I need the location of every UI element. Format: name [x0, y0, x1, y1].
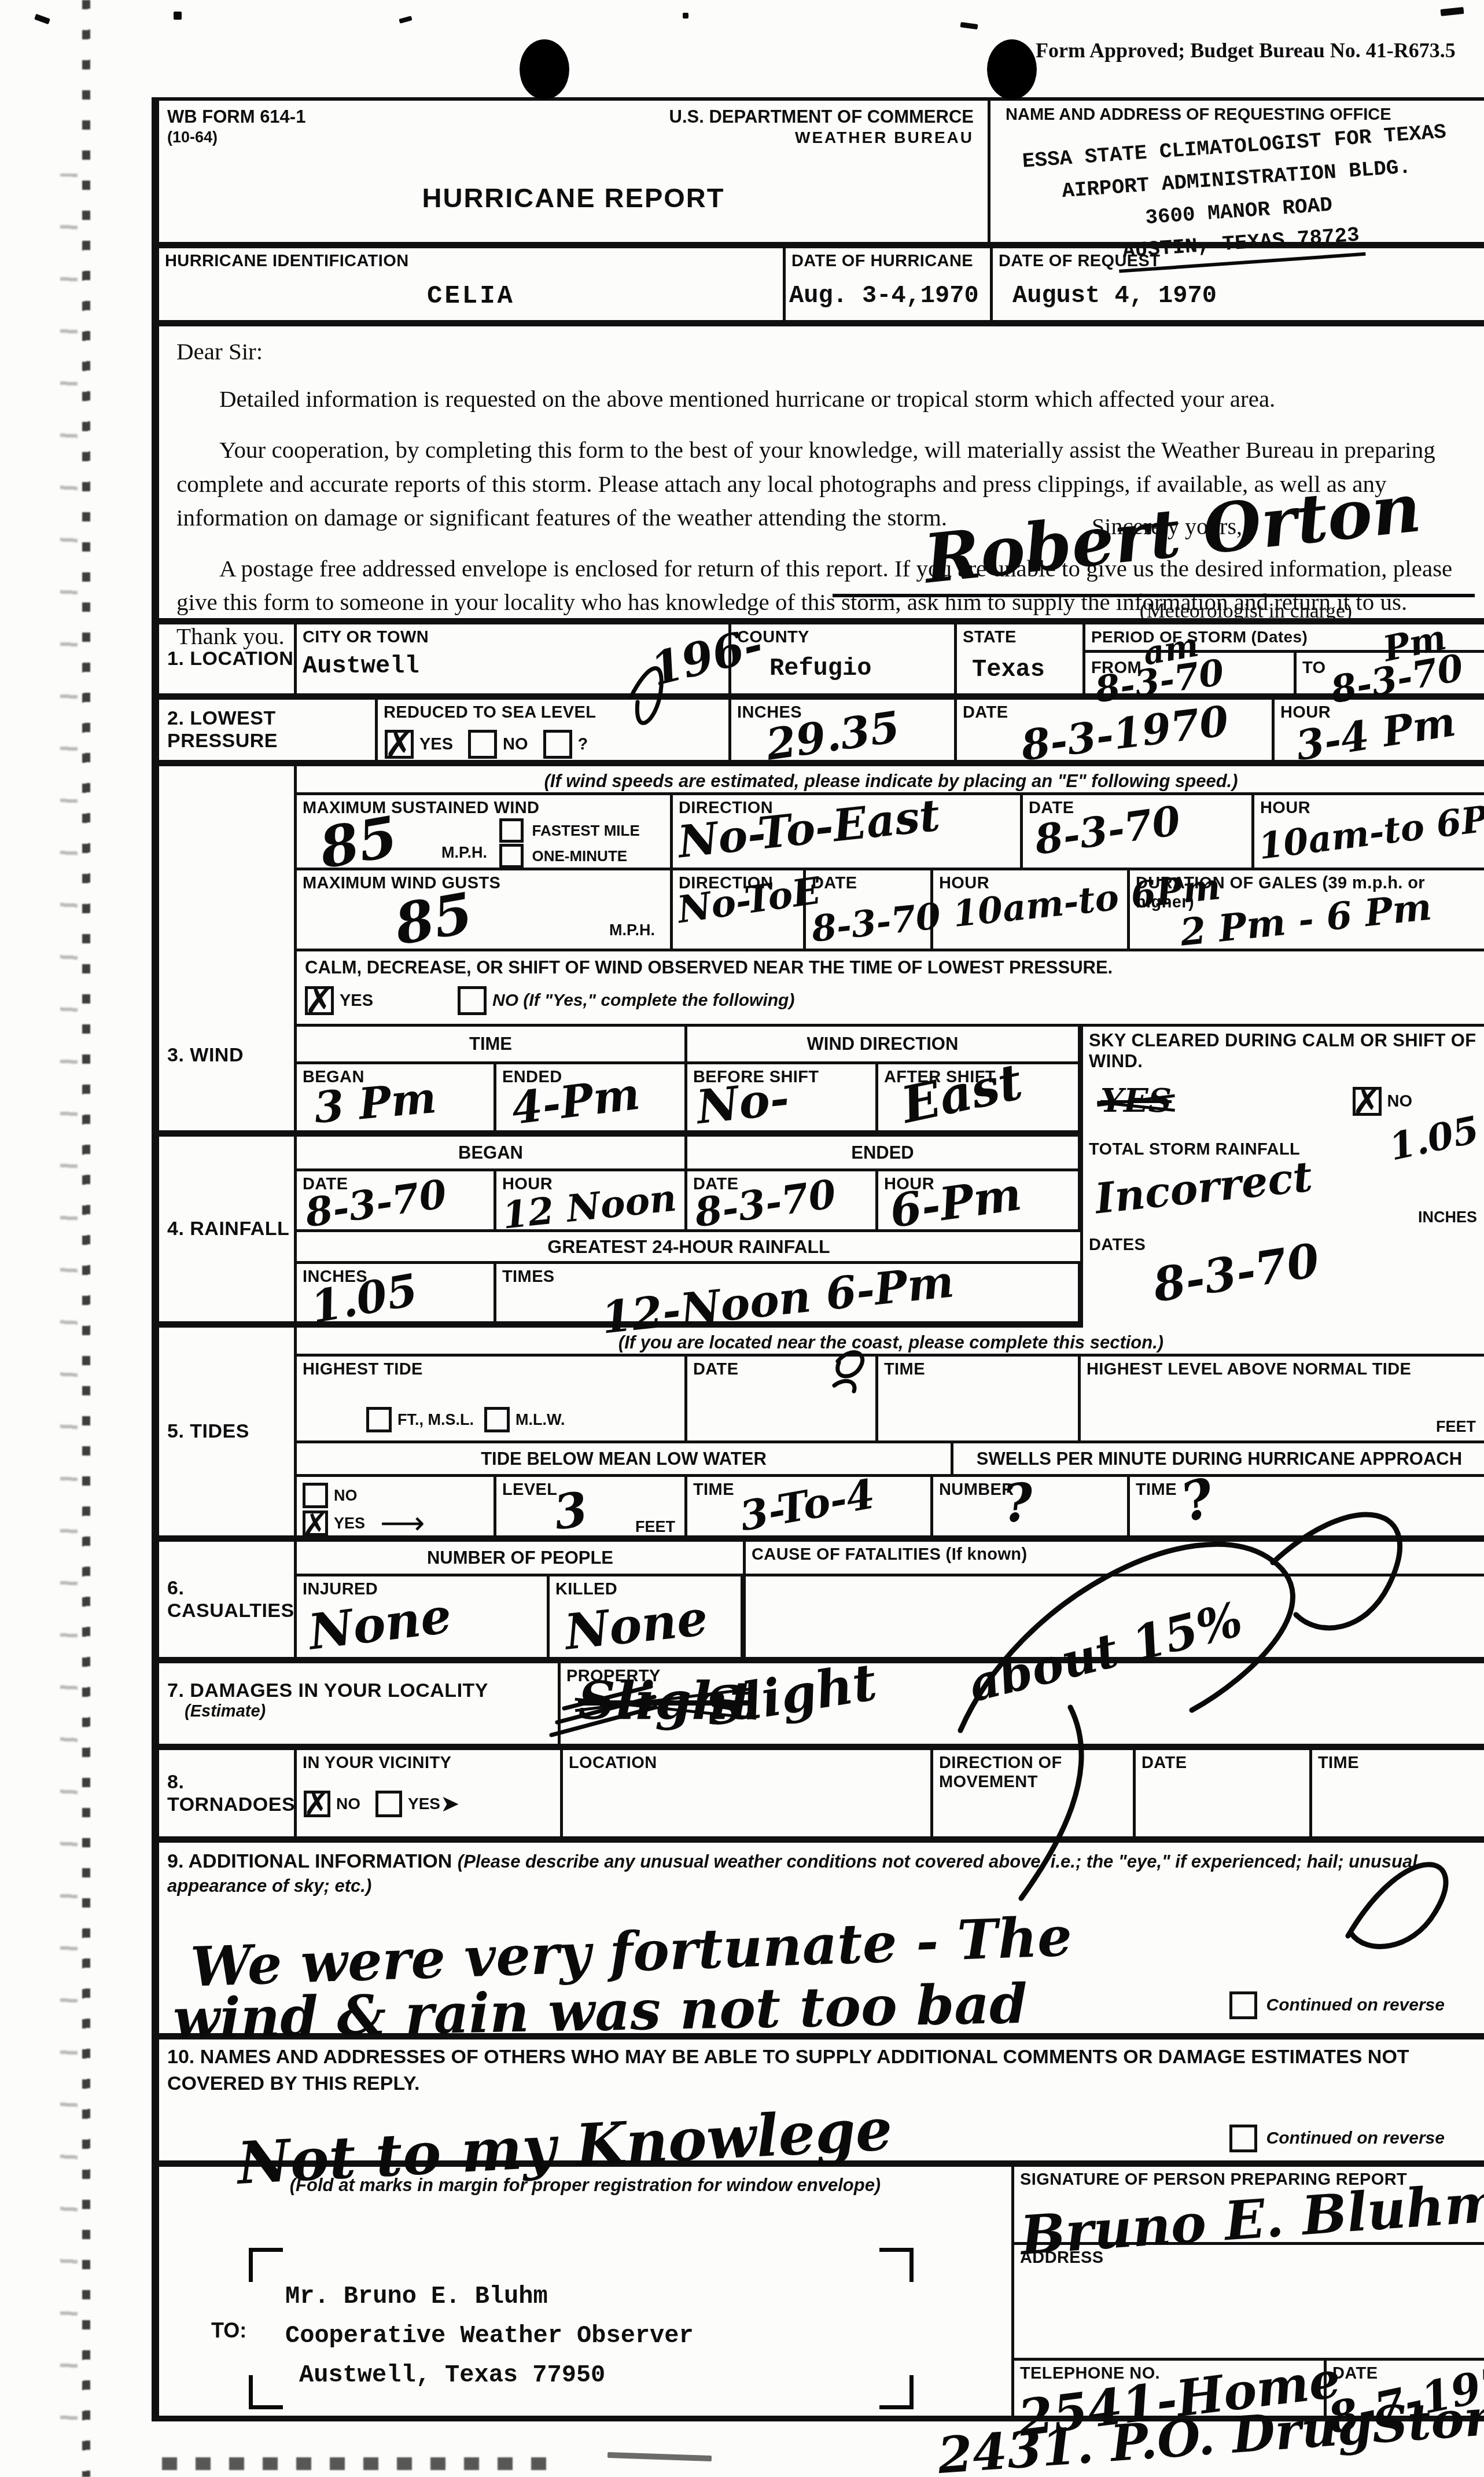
- pressure-inches-cell: INCHES 29.35: [731, 700, 957, 760]
- swells-time-value: ?: [1176, 1471, 1220, 1530]
- max-gusts-cell: MAXIMUM WIND GUSTS 85 M.P.H.: [297, 870, 673, 949]
- continued-checkbox: [1229, 2125, 1257, 2152]
- no-label: NO: [334, 1487, 358, 1505]
- tide-below-label: TIDE BELOW MEAN LOW WATER: [481, 1449, 767, 1469]
- fastest-mile-checkbox: [499, 818, 524, 843]
- cause-label: CAUSE OF FATALITIES (If known): [752, 1545, 1028, 1564]
- shift-ended-value: 4-Pm: [509, 1072, 642, 1131]
- wind-direction-header-cell: WIND DIRECTION: [687, 1027, 1081, 1061]
- hurricane-id-label: HURRICANE IDENTIFICATION: [165, 252, 409, 271]
- date-label: DATE: [1141, 1754, 1187, 1773]
- date-of-hurricane-label: DATE OF HURRICANE: [791, 252, 973, 271]
- rainfall-section-label-cell: 4. RAINFALL: [159, 1137, 297, 1321]
- continued-label: Continued on reverse: [1266, 1995, 1445, 2015]
- wind-grid: (If wind speeds are estimated, please in…: [297, 766, 1484, 1130]
- tide-below-yesno-cell: NO ✗ YES ⟶: [297, 1477, 496, 1542]
- time-label: TIME: [1318, 1754, 1359, 1773]
- people-header: NUMBER OF PEOPLE: [297, 1548, 743, 1568]
- pressure-date-value: 8-3-1970: [1019, 700, 1231, 766]
- wind-section-label: 3. WIND: [167, 1044, 244, 1067]
- date-label: DATE: [812, 874, 857, 893]
- mph-label: M.P.H.: [609, 921, 655, 939]
- tornado-location-cell: LOCATION: [563, 1750, 933, 1836]
- yes-checkbox: ✗: [385, 730, 414, 759]
- total-storm-rainfall-cell: TOTAL STORM RAINFALL Incorrect 1.05 INCH…: [1080, 1137, 1484, 1232]
- additional-info-cell: 9. ADDITIONAL INFORMATION (Please descri…: [159, 1843, 1484, 2033]
- swells-label: SWELLS PER MINUTE DURING HURRICANE APPRO…: [977, 1449, 1462, 1469]
- mailing-address: Mr. Bruno E. Bluhm Cooperative Weather O…: [285, 2277, 694, 2395]
- yes-checkbox: [375, 1791, 402, 1817]
- rain-ended-hour-cell: HOUR 6-Pm: [878, 1171, 1081, 1229]
- department-name: U.S. DEPARTMENT OF COMMERCE: [669, 106, 974, 127]
- pressure-hour-cell: HOUR 3-4 Pm: [1275, 700, 1484, 760]
- date-label: DATE: [693, 1360, 738, 1379]
- vicinity-label: IN YOUR VICINITY: [303, 1754, 451, 1773]
- mailing-cell: (Fold at marks in margin for proper regi…: [159, 2167, 1011, 2416]
- max-sustained-cell: MAXIMUM SUSTAINED WIND 85 M.P.H. FASTEST…: [297, 795, 673, 868]
- punch-hole-icon: [520, 39, 569, 100]
- calm-shift-label: CALM, DECREASE, OR SHIFT OF WIND OBSERVE…: [305, 957, 1113, 977]
- dates-label: DATES: [1089, 1236, 1146, 1255]
- yes-label: YES: [408, 1795, 440, 1813]
- city-label: CITY OR TOWN: [303, 628, 429, 647]
- tides-section-label: 5. TIDES: [167, 1420, 249, 1443]
- damages-section-label-cell: 7. DAMAGES IN YOUR LOCALITY (Estimate): [159, 1663, 561, 1744]
- tide-yes-option: ✗ YES ⟶: [303, 1511, 425, 1536]
- preparer-signature-cell: SIGNATURE OF PERSON PREPARING REPORT Bru…: [1014, 2167, 1484, 2245]
- wind-note-row: (If wind speeds are estimated, please in…: [297, 766, 1484, 795]
- wind-direction-header: WIND DIRECTION: [807, 1034, 959, 1054]
- tide-no-option: NO: [303, 1483, 373, 1508]
- scan-speck: [34, 14, 50, 24]
- mlw-label: M.L.W.: [515, 1411, 565, 1429]
- damages-estimate-note: (Estimate): [185, 1702, 266, 1721]
- tide-level-value: 3: [551, 1485, 591, 1537]
- scanned-hurricane-report-page: Form Approved; Budget Bureau No. 41-R673…: [0, 0, 1484, 2477]
- mph-label: M.P.H.: [441, 844, 487, 862]
- before-shift-value: No-: [694, 1075, 791, 1130]
- began-header: BEGAN: [458, 1142, 523, 1163]
- max-sustained-value: 85: [316, 808, 402, 877]
- letter-body: Dear Sir: Detailed information is reques…: [159, 326, 1484, 618]
- sustained-direction-cell: DIRECTION No-To-East: [673, 795, 1023, 868]
- time-header-cell: TIME: [297, 1027, 687, 1061]
- yes-label: YES: [419, 735, 453, 754]
- scan-speck: [607, 2452, 712, 2461]
- scan-speck: [683, 13, 688, 19]
- names-cell: 10. NAMES AND ADDRESSES OF OTHERS WHO MA…: [159, 2039, 1484, 2160]
- g24-dates-cell: DATES 8-3-70: [1080, 1232, 1484, 1328]
- no-label: NO: [503, 735, 528, 754]
- yes-label: YES: [340, 991, 373, 1010]
- identification-row: HURRICANE IDENTIFICATION CELIA DATE OF H…: [159, 248, 1484, 326]
- date-of-request-label: DATE OF REQUEST: [999, 252, 1160, 271]
- killed-cell: KILLED None: [550, 1576, 743, 1663]
- reduced-to-sea-level-cell: REDUCED TO SEA LEVEL ✗ YES NO ?: [378, 700, 731, 760]
- swells-number-value: ?: [1000, 1476, 1035, 1530]
- highest-tide-cell: HIGHEST TIDE FT., M.S.L. M.L.W.: [297, 1357, 687, 1440]
- rain-ended-date-cell: DATE 8-3-70: [687, 1171, 878, 1229]
- greatest-24h-label: GREATEST 24-HOUR RAINFALL: [297, 1236, 1081, 1258]
- check-icon: ✗: [303, 1785, 330, 1823]
- wind-section-label-cell: 3. WIND: [159, 766, 297, 1130]
- sustained-date-cell: DATE 8-3-70: [1023, 795, 1254, 868]
- gusts-direction-cell: DIRECTION No-ToE: [673, 870, 806, 949]
- level-label: LEVEL: [502, 1480, 557, 1500]
- shift-began-cell: BEGAN 3 Pm: [297, 1064, 496, 1137]
- one-minute-option: ONE-MINUTE: [499, 844, 627, 868]
- no-label: NO (If "Yes," complete the following): [492, 991, 794, 1010]
- no-checkbox: ✗: [304, 1791, 330, 1817]
- injured-value: None: [306, 1591, 454, 1657]
- tornadoes-section: 8. TORNADOES IN YOUR VICINITY ✗ NO YES ➤…: [159, 1750, 1484, 1843]
- feet-label: FEET: [1436, 1418, 1476, 1436]
- g24-inches-cell: INCHES 1.05: [297, 1264, 496, 1328]
- location-row: 1. LOCATION CITY OR TOWN Austwell 196- C…: [159, 624, 1484, 700]
- footer-section: (Fold at marks in margin for proper regi…: [159, 2167, 1484, 2416]
- ft-msl-label: FT., M.S.L.: [397, 1411, 474, 1429]
- mailing-address-line: Mr. Bruno E. Bluhm: [285, 2277, 694, 2316]
- continued-checkbox: [1229, 1991, 1257, 2019]
- county-value: Refugio: [769, 655, 871, 682]
- tides-coast-note: (If you are located near the coast, plea…: [618, 1332, 1163, 1353]
- additional-info-heading: 9. ADDITIONAL INFORMATION: [167, 1850, 458, 1872]
- rainfall-section-label: 4. RAINFALL: [167, 1218, 289, 1240]
- date-of-request-cell: DATE OF REQUEST August 4, 1970: [993, 248, 1484, 320]
- wind-section: 3. WIND (If wind speeds are estimated, p…: [159, 766, 1484, 1137]
- calm-shift-row: CALM, DECREASE, OR SHIFT OF WIND OBSERVE…: [297, 951, 1484, 1027]
- scan-speck: [1440, 7, 1464, 16]
- injured-cell: INJURED None: [297, 1576, 550, 1663]
- killed-label: KILLED: [555, 1580, 617, 1599]
- swells-time-cell: TIME ?: [1130, 1477, 1484, 1542]
- max-gusts-label: MAXIMUM WIND GUSTS: [303, 874, 500, 893]
- one-minute-label: ONE-MINUTE: [532, 847, 627, 865]
- tornado-direction-cell: DIRECTION OF MOVEMENT: [933, 1750, 1136, 1836]
- swells-header-cell: SWELLS PER MINUTE DURING HURRICANE APPRO…: [953, 1443, 1484, 1474]
- names-section: 10. NAMES AND ADDRESSES OF OTHERS WHO MA…: [159, 2039, 1484, 2167]
- feet-label: FEET: [635, 1518, 675, 1536]
- yes-label: YES: [334, 1515, 365, 1532]
- rainfall-grid: BEGAN ENDED DATE 8-3-70 HOUR 12 Noon: [297, 1137, 1484, 1321]
- g24-times-cell: TIMES 12-Noon 6-Pm: [496, 1264, 1081, 1328]
- highest-tide-date-cell: DATE: [687, 1357, 878, 1440]
- city-cell: CITY OR TOWN Austwell 196-: [297, 624, 731, 693]
- sky-no-option: ✗ NO: [1353, 1087, 1428, 1116]
- scan-noise-bottom: [162, 2457, 555, 2470]
- fold-note: (Fold at marks in margin for proper regi…: [159, 2167, 1011, 2196]
- hurricane-id-value: CELIA: [159, 282, 783, 311]
- highest-tide-row: HIGHEST TIDE FT., M.S.L. M.L.W. DATE TIM…: [297, 1357, 1484, 1443]
- check-icon: ✗: [304, 980, 334, 1022]
- rainfall-section: 4. RAINFALL BEGAN ENDED DATE 8-3-70: [159, 1137, 1484, 1328]
- max-sustained-row: MAXIMUM SUSTAINED WIND 85 M.P.H. FASTEST…: [297, 795, 1484, 870]
- fastest-mile-label: FASTEST MILE: [532, 822, 639, 839]
- punch-hole-icon: [987, 39, 1037, 100]
- rain-ended-header-cell: ENDED: [687, 1137, 1081, 1168]
- before-shift-cell: BEFORE SHIFT No-: [687, 1064, 878, 1137]
- calm-shift-options: ✗ YES NO (If "Yes," complete the followi…: [305, 986, 1484, 1015]
- pressure-section-label: 2. LOWEST PRESSURE: [167, 707, 375, 752]
- check-icon: ✗: [1352, 1081, 1382, 1123]
- no-label: NO: [336, 1795, 360, 1813]
- casualties-section: 6. CASUALTIES NUMBER OF PEOPLE INJURED N…: [159, 1542, 1484, 1663]
- tornadoes-section-label-cell: 8. TORNADOES: [159, 1750, 297, 1836]
- highest-tide-time-cell: TIME: [878, 1357, 1081, 1440]
- date-of-hurricane-cell: DATE OF HURRICANE Aug. 3-4,1970: [786, 248, 993, 320]
- requesting-office-cell: NAME AND ADDRESS OF REQUESTING OFFICE ES…: [990, 101, 1484, 242]
- no-checkbox: [303, 1483, 328, 1508]
- tornado-date-cell: DATE: [1136, 1750, 1312, 1836]
- tide-below-header-row: TIDE BELOW MEAN LOW WATER SWELLS PER MIN…: [297, 1443, 1484, 1477]
- g24-dates-value: 8-3-70: [1150, 1237, 1323, 1309]
- highest-level-label: HIGHEST LEVEL ABOVE NORMAL TIDE: [1087, 1360, 1479, 1379]
- sky-yes-scribble: YES: [1100, 1082, 1172, 1120]
- rain-began-header-cell: BEGAN: [297, 1137, 687, 1168]
- mlw-checkbox: [484, 1407, 510, 1432]
- pressure-section-label-cell: 2. LOWEST PRESSURE: [159, 700, 378, 760]
- registration-mark-icon: [249, 2375, 283, 2409]
- bureau-name: WEATHER BUREAU: [795, 128, 974, 147]
- time-label: TIME: [884, 1360, 925, 1379]
- tides-grid: (If you are located near the coast, plea…: [297, 1328, 1484, 1535]
- continued-on-reverse: Continued on reverse: [1229, 2125, 1445, 2152]
- sky-cleared-label: SKY CLEARED DURING CALM OR SHIFT OF WIND…: [1089, 1030, 1479, 1071]
- tide-below-header-cell: TIDE BELOW MEAN LOW WATER: [297, 1443, 953, 1474]
- pressure-date-cell: DATE 8-3-1970: [957, 700, 1275, 760]
- scan-noise-left-2: [60, 174, 78, 2431]
- tides-section-label-cell: 5. TIDES: [159, 1328, 297, 1535]
- scan-speck: [174, 12, 182, 20]
- location-label: LOCATION: [569, 1754, 657, 1773]
- ended-header: ENDED: [851, 1142, 914, 1163]
- requesting-office-label: NAME AND ADDRESS OF REQUESTING OFFICE: [1006, 105, 1391, 124]
- casualties-section-label: 6. CASUALTIES: [167, 1577, 294, 1622]
- ft-msl-checkbox: [366, 1407, 392, 1432]
- period-label: PERIOD OF STORM (Dates): [1091, 628, 1308, 646]
- no-checkbox: [458, 986, 487, 1015]
- direction-of-movement-label: DIRECTION OF MOVEMENT: [939, 1754, 1062, 1792]
- rain-began-hour-cell: HOUR 12 Noon: [496, 1171, 687, 1229]
- time-label: TIME: [693, 1480, 734, 1500]
- tide-time-value: 3-To-4: [737, 1473, 878, 1537]
- scan-speck: [399, 16, 412, 23]
- signature-caption: (Meteorologist in charge): [1140, 596, 1352, 626]
- location-section-label: 1. LOCATION: [167, 648, 293, 670]
- no-checkbox: ✗: [1353, 1087, 1382, 1116]
- highest-tide-label: HIGHEST TIDE: [303, 1360, 423, 1379]
- killed-value: None: [562, 1593, 710, 1656]
- registration-mark-icon: [879, 2248, 914, 2282]
- yes-checkbox: ✗: [305, 986, 334, 1015]
- time-label: TIME: [1136, 1480, 1177, 1500]
- highest-tide-options: FT., M.S.L. M.L.W.: [366, 1407, 565, 1432]
- hurricane-report-form: WB FORM 614-1 (10-64) U.S. DEPARTMENT OF…: [152, 97, 1484, 2421]
- swells-number-cell: NUMBER ?: [933, 1477, 1130, 1542]
- sustained-hour-cell: HOUR 10am-to 6Pm: [1254, 795, 1484, 868]
- registration-mark-icon: [879, 2375, 914, 2409]
- state-value: Texas: [972, 656, 1045, 683]
- unknown-label: ?: [578, 735, 588, 754]
- hour-label: HOUR: [1260, 799, 1310, 818]
- reduced-label: REDUCED TO SEA LEVEL: [384, 703, 596, 722]
- unknown-checkbox: [543, 730, 572, 759]
- tide-time-cell: TIME 3-To-4: [687, 1477, 933, 1542]
- letter-row: Dear Sir: Detailed information is reques…: [159, 326, 1484, 624]
- letter-paragraph: Detailed information is requested on the…: [176, 382, 1470, 416]
- form-revision: (10-64): [167, 128, 218, 146]
- yes-checkbox: ✗: [303, 1511, 328, 1536]
- mailing-address-line: Austwell, Texas 77950: [299, 2355, 694, 2395]
- damages-property-cell: PROPERTY Slight Slight about 15%: [561, 1663, 1484, 1744]
- hurricane-id-cell: HURRICANE IDENTIFICATION CELIA: [159, 248, 786, 320]
- tornado-time-cell: TIME: [1312, 1750, 1484, 1836]
- preparer-column: SIGNATURE OF PERSON PREPARING REPORT Bru…: [1011, 2167, 1484, 2416]
- damages-section: 7. DAMAGES IN YOUR LOCALITY (Estimate) P…: [159, 1663, 1484, 1750]
- damages-section-label: 7. DAMAGES IN YOUR LOCALITY: [167, 1679, 488, 1701]
- letter-salutation: Dear Sir:: [176, 335, 1470, 368]
- damages-value: Slight: [702, 1656, 880, 1733]
- date-of-request-value: August 4, 1970: [1012, 282, 1217, 310]
- vicinity-cell: IN YOUR VICINITY ✗ NO YES ➤: [297, 1750, 563, 1836]
- times-label: TIMES: [502, 1267, 555, 1287]
- tides-section: 5. TIDES (If you are located near the co…: [159, 1328, 1484, 1542]
- tides-note-row: (If you are located near the coast, plea…: [297, 1328, 1484, 1357]
- mailing-address-line: Cooperative Weather Observer: [285, 2316, 694, 2355]
- location-section-label-cell: 1. LOCATION: [159, 624, 297, 693]
- form-title: HURRICANE REPORT: [159, 182, 988, 214]
- scan-speck: [960, 22, 978, 30]
- date-of-hurricane-value: Aug. 3-4,1970: [789, 282, 979, 310]
- tide-level-cell: LEVEL 3 FEET: [496, 1477, 687, 1542]
- date-label: DATE: [963, 703, 1008, 722]
- shift-began-value: 3 Pm: [312, 1076, 438, 1130]
- inches-label: INCHES: [1418, 1208, 1477, 1226]
- period-of-storm-cell: PERIOD OF STORM (Dates) FROM am 8-3-70 T…: [1085, 624, 1484, 693]
- continued-label: Continued on reverse: [1266, 2129, 1445, 2148]
- continued-on-reverse: Continued on reverse: [1229, 1991, 1445, 2019]
- form-approval-note: Form Approved; Budget Bureau No. 41-R673…: [1036, 38, 1456, 63]
- total-storm-note: Incorrect: [1093, 1156, 1314, 1220]
- period-from-cell: FROM am 8-3-70: [1085, 653, 1297, 693]
- state-label: STATE: [963, 628, 1017, 647]
- to-label: TO:: [211, 2318, 246, 2343]
- form-number: WB FORM 614-1: [167, 106, 305, 127]
- casualties-section-label-cell: 6. CASUALTIES: [159, 1542, 297, 1657]
- no-label: NO: [1387, 1092, 1413, 1111]
- wind-estimate-note: (If wind speeds are estimated, please in…: [544, 771, 1238, 791]
- shift-ended-cell: ENDED 4-Pm: [496, 1064, 687, 1137]
- form-header-row: WB FORM 614-1 (10-64) U.S. DEPARTMENT OF…: [159, 101, 1484, 248]
- highest-level-cell: HIGHEST LEVEL ABOVE NORMAL TIDE FEET: [1081, 1357, 1484, 1440]
- check-icon: ✗: [302, 1506, 328, 1543]
- max-gusts-value: 85: [391, 885, 477, 953]
- reduced-options: ✗ YES NO ?: [385, 730, 603, 759]
- pressure-row: 2. LOWEST PRESSURE REDUCED TO SEA LEVEL …: [159, 700, 1484, 766]
- tornadoes-section-label: 8. TORNADOES: [167, 1771, 295, 1816]
- header-left-cell: WB FORM 614-1 (10-64) U.S. DEPARTMENT OF…: [159, 101, 990, 242]
- fastest-mile-option: FASTEST MILE: [499, 818, 640, 843]
- period-to-cell: TO Pm 8-3-70: [1297, 653, 1484, 693]
- after-shift-cell: AFTER SHIFT East: [878, 1064, 1081, 1137]
- one-minute-checkbox: [499, 844, 524, 868]
- scan-noise-left: [82, 0, 90, 2477]
- vicinity-options: ✗ NO YES ➤: [304, 1791, 460, 1817]
- no-checkbox: [468, 730, 497, 759]
- period-to-label: TO: [1302, 659, 1326, 678]
- city-value: Austwell: [303, 652, 419, 680]
- max-gusts-row: MAXIMUM WIND GUSTS 85 M.P.H. DIRECTION N…: [297, 870, 1484, 951]
- registration-mark-icon: [249, 2248, 283, 2282]
- rain-began-date-cell: DATE 8-3-70: [297, 1171, 496, 1229]
- tide-below-values-row: NO ✗ YES ⟶ LEVEL 3 FEET TIM: [297, 1477, 1484, 1542]
- check-icon: ✗: [384, 723, 414, 766]
- gusts-date-cell: DATE 8-3-70 10am-to 6Pm: [806, 870, 933, 949]
- period-subcells: FROM am 8-3-70 TO Pm 8-3-70: [1085, 650, 1484, 693]
- additional-info-section: 9. ADDITIONAL INFORMATION (Please descri…: [159, 1843, 1484, 2039]
- casualties-grid: NUMBER OF PEOPLE INJURED None KILLED Non…: [297, 1542, 1484, 1657]
- state-cell: STATE Texas: [957, 624, 1085, 693]
- time-header: TIME: [469, 1034, 512, 1054]
